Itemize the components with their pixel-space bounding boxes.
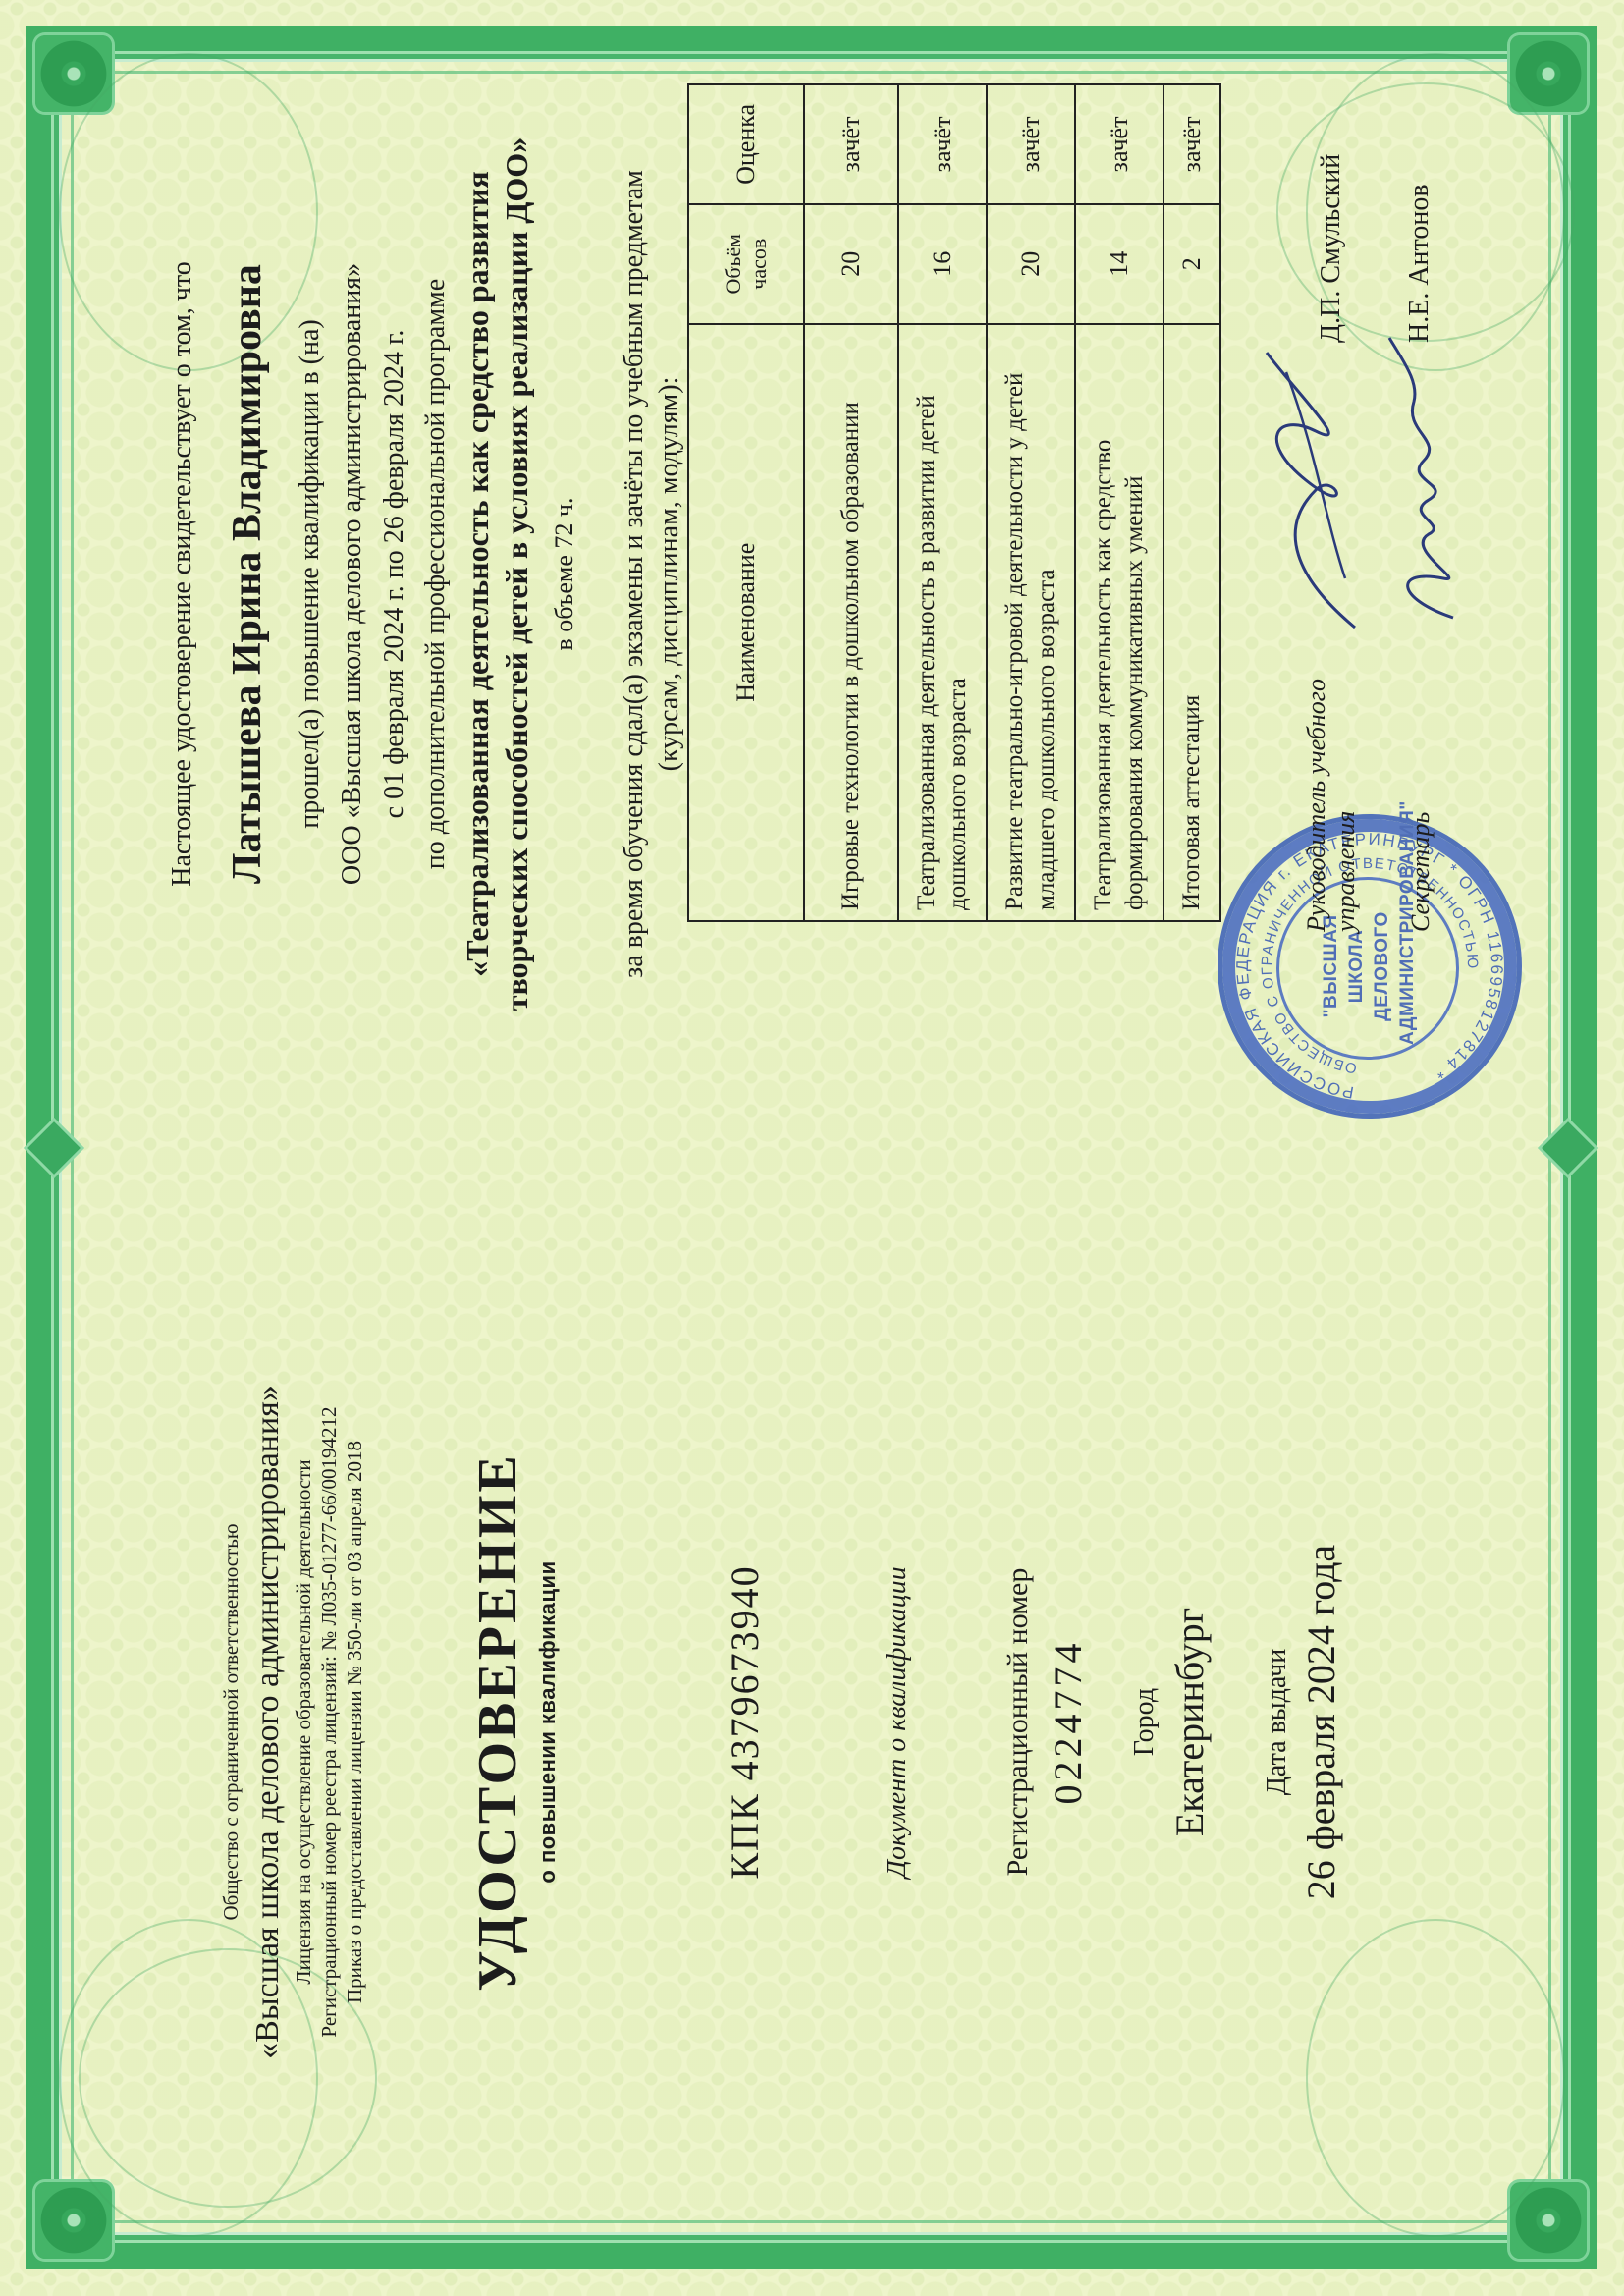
program-title-line: творческих способностей детей в условиях… bbox=[497, 0, 536, 1148]
grades-table: Наименование Объём часов Оценка Игровые … bbox=[687, 83, 1221, 922]
exams-line: за время обучения сдал(а) экзамены и зач… bbox=[617, 0, 652, 1148]
subject-grade: зачёт bbox=[987, 84, 1075, 204]
table-row: Театрализованная деятельность в развитии… bbox=[898, 84, 987, 921]
header-grade: Оценка bbox=[688, 84, 804, 204]
certificate-sheet: Общество с ограниченной ответственностью… bbox=[0, 0, 1624, 2296]
document-title: УДОСТОВЕРЕНИЕ bbox=[466, 1148, 529, 2296]
subject-grade: зачёт bbox=[804, 84, 898, 204]
reg-number-label: Регистрационный номер bbox=[1001, 1148, 1035, 2296]
signatory-role: Секретарь bbox=[1406, 812, 1435, 932]
header-name: Наименование bbox=[688, 324, 804, 921]
license-registry-number: Регистрационный номер реестра лицензий: … bbox=[316, 1148, 342, 2296]
subject-grade: зачёт bbox=[898, 84, 987, 204]
training-org: ООО «Высшая школа делового администриров… bbox=[337, 0, 368, 1148]
org-form: Общество с ограниченной ответственностью bbox=[218, 1148, 244, 2296]
subject-hours: 14 bbox=[1075, 204, 1164, 324]
subject-name: Театрализованная деятельность как средст… bbox=[1075, 324, 1164, 921]
program-title: «Театрализованная деятельность как средс… bbox=[458, 0, 536, 1148]
cover-page: Общество с ограниченной ответственностью… bbox=[0, 1148, 1624, 2296]
table-row: Развитие театрально-игровой деятельности… bbox=[987, 84, 1075, 921]
subject-hours: 16 bbox=[898, 204, 987, 324]
series-number: КПК 4379673940 bbox=[722, 1148, 768, 2296]
reg-number: 0224774 bbox=[1045, 1148, 1091, 2296]
subject-name: Развитие театрально-игровой деятельности… bbox=[987, 324, 1075, 921]
exams-line: (курсам, дисциплинам, модулям): bbox=[652, 0, 687, 1148]
table-row: Театрализованная деятельность как средст… bbox=[1075, 84, 1164, 921]
document-type: Документ о квалификации bbox=[882, 1148, 913, 2296]
issue-date: 26 февраля 2024 года bbox=[1298, 1148, 1344, 2296]
intro-text: Настоящее удостоверение свидетельствует … bbox=[167, 0, 198, 1148]
subject-name: Театрализованная деятельность в развитии… bbox=[898, 324, 987, 921]
table-row: Итоговая аттестация 2 зачёт bbox=[1164, 84, 1220, 921]
subject-grade: зачёт bbox=[1075, 84, 1164, 204]
signatory-name: Д.П. Смульский bbox=[1316, 154, 1347, 343]
program-title-line: «Театрализованная деятельность как средс… bbox=[458, 0, 497, 1148]
signature-icon bbox=[1257, 343, 1375, 637]
program-volume: в объеме 72 ч. bbox=[550, 0, 579, 1148]
exams-text: за время обучения сдал(а) экзамены и зач… bbox=[617, 0, 687, 1148]
passed-text: прошел(а) повышение квалификации в (на) bbox=[295, 0, 326, 1148]
table-row: Игровые технологии в дошкольном образова… bbox=[804, 84, 898, 921]
license-line: Лицензия на осуществление образовательно… bbox=[291, 1148, 316, 2296]
signatory-name: Н.Е. Антонов bbox=[1404, 184, 1435, 343]
program-label: по дополнительной профессиональной прогр… bbox=[420, 0, 452, 1148]
subject-name: Итоговая аттестация bbox=[1164, 324, 1220, 921]
license-order: Приказ о предоставлении лицензии № 350-л… bbox=[342, 1148, 367, 2296]
subject-grade: зачёт bbox=[1164, 84, 1220, 204]
city: Екатеринбург bbox=[1166, 1148, 1213, 2296]
subject-name: Игровые технологии в дошкольном образова… bbox=[804, 324, 898, 921]
subject-hours: 2 bbox=[1164, 204, 1220, 324]
subject-hours: 20 bbox=[987, 204, 1075, 324]
content-page: Настоящее удостоверение свидетельствует … bbox=[0, 0, 1624, 1148]
org-name: «Высшая школа делового администрирования… bbox=[249, 1148, 287, 2296]
issuer-block: Общество с ограниченной ответственностью… bbox=[218, 1148, 367, 2296]
issue-date-label: Дата выдачи bbox=[1262, 1148, 1293, 2296]
training-period: с 01 февраля 2024 г. по 26 февраля 2024 … bbox=[379, 0, 410, 1148]
seal-line: ДЕЛОВОГО bbox=[1370, 888, 1395, 1045]
table-header-row: Наименование Объём часов Оценка bbox=[688, 84, 804, 921]
subject-hours: 20 bbox=[804, 204, 898, 324]
document-subtitle: о повышении квалификации bbox=[535, 1148, 561, 2296]
signatory-role: Руководитель учебного управления bbox=[1302, 677, 1361, 932]
header-hours: Объём часов bbox=[688, 204, 804, 324]
city-label: Город bbox=[1129, 1148, 1161, 2296]
signature-icon bbox=[1375, 333, 1483, 628]
holder-name: Латышева Ирина Владимировна bbox=[224, 0, 271, 1148]
organization-seal: РОССИЙСКАЯ ФЕДЕРАЦИЯ г. ЕКАТЕРИНБУРГ * О… bbox=[1218, 814, 1522, 1119]
